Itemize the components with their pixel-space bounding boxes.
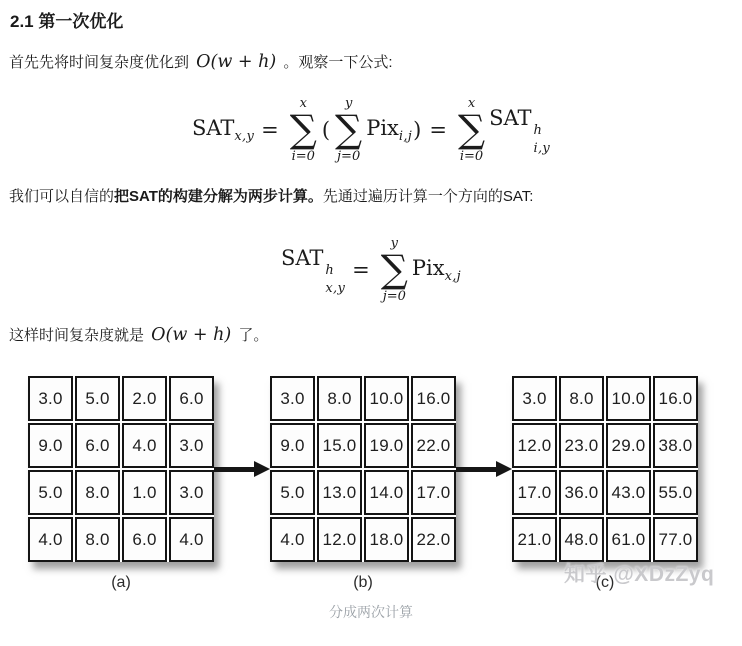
math-term-pix: Pixi,j — [366, 116, 412, 144]
sum-lower-limit: j=0 — [383, 290, 406, 303]
paragraph-conclusion: 这样时间复杂度就是 O(w + h) 了。 — [9, 323, 734, 348]
table-cell: 61.0 — [606, 517, 651, 562]
paragraph-text: 首先先将时间复杂度优化到 — [9, 54, 193, 71]
paragraph-decompose: 我们可以自信的把SAT的构建分解为两步计算。先通过遍历计算一个方向的SAT: — [9, 185, 734, 209]
table-cell: 5.0 — [270, 470, 315, 515]
table-cell: 48.0 — [559, 517, 604, 562]
table-b: 3.08.010.016.09.015.019.022.05.013.014.0… — [270, 376, 456, 592]
sigma-icon: ∑ — [290, 110, 317, 149]
table-cell: 1.0 — [122, 470, 167, 515]
table-cell: 36.0 — [559, 470, 604, 515]
table-cell: 6.0 — [169, 376, 214, 421]
equals-sign: = — [352, 258, 370, 282]
paragraph-text: 我们可以自信的 — [9, 188, 114, 205]
paragraph-intro: 首先先将时间复杂度优化到 O(w + h) 。观察一下公式: — [9, 50, 734, 75]
table-cell: 10.0 — [364, 376, 409, 421]
open-paren: ( — [322, 118, 330, 142]
table-cell: 38.0 — [653, 423, 698, 468]
math-term-pix: Pixx,j — [412, 256, 461, 284]
sum-lower-limit: i=0 — [292, 150, 315, 163]
article-content: 2.1 第一次优化 首先先将时间复杂度优化到 O(w + h) 。观察一下公式:… — [0, 0, 742, 622]
math-text: Pix — [412, 256, 445, 280]
table-cell: 4.0 — [28, 517, 73, 562]
table-b-label: (b) — [353, 574, 373, 592]
sigma-icon: ∑ — [458, 110, 485, 149]
summation-operator: y ∑ j=0 — [335, 97, 362, 162]
table-cell: 16.0 — [653, 376, 698, 421]
grid-c: 3.08.010.016.012.023.029.038.017.036.043… — [512, 376, 698, 562]
grid-b: 3.08.010.016.09.015.019.022.05.013.014.0… — [270, 376, 456, 562]
formula-sat-definition: SATx,y = x ∑ i=0 ( y ∑ j=0 Pixi,j ) = x … — [8, 91, 734, 169]
table-cell: 4.0 — [169, 517, 214, 562]
table-cell: 77.0 — [653, 517, 698, 562]
grid-a: 3.05.02.06.09.06.04.03.05.08.01.03.04.08… — [28, 376, 214, 562]
math-subscript: x,j — [445, 269, 461, 284]
table-cell: 10.0 — [606, 376, 651, 421]
summation-operator: y ∑ j=0 — [381, 237, 408, 302]
table-cell: 8.0 — [75, 517, 120, 562]
table-cell: 18.0 — [364, 517, 409, 562]
table-cell: 21.0 — [512, 517, 557, 562]
arrow-right-icon — [456, 461, 512, 477]
table-cell: 6.0 — [122, 517, 167, 562]
table-cell: 17.0 — [411, 470, 456, 515]
math-term-sat-h: SAThx,y — [281, 246, 345, 295]
math-text: Pix — [366, 116, 399, 140]
zhihu-watermark: 知乎 @XDzZyq — [564, 558, 714, 588]
table-cell: 12.0 — [512, 423, 557, 468]
table-cell: 4.0 — [122, 423, 167, 468]
table-cell: 12.0 — [317, 517, 362, 562]
math-text: SAT — [192, 116, 234, 140]
figure-caption: 分成两次计算 — [8, 602, 734, 622]
table-cell: 3.0 — [28, 376, 73, 421]
equals-sign: = — [261, 118, 279, 142]
table-cell: 43.0 — [606, 470, 651, 515]
section-heading: 2.1 第一次优化 — [10, 10, 734, 34]
bold-emphasis: 把SAT的构建分解为两步计算。 — [114, 188, 323, 205]
math-subscript: i,y — [534, 142, 551, 155]
math-term-sat-h: SAThi,y — [489, 106, 550, 155]
table-cell: 29.0 — [606, 423, 651, 468]
sat-computation-figure: 3.05.02.06.09.06.04.03.05.08.01.03.04.08… — [8, 376, 734, 622]
math-supsub: hx,y — [325, 264, 345, 295]
table-cell: 3.0 — [270, 376, 315, 421]
inline-math-complexity: O(w + h) — [193, 52, 279, 72]
table-cell: 17.0 — [512, 470, 557, 515]
table-cell: 14.0 — [364, 470, 409, 515]
table-cell: 3.0 — [169, 470, 214, 515]
math-superscript: h — [534, 124, 543, 137]
paragraph-text: 了。 — [234, 327, 268, 344]
table-cell: 8.0 — [559, 376, 604, 421]
table-a-label: (a) — [111, 574, 131, 592]
table-cell: 23.0 — [559, 423, 604, 468]
table-cell: 13.0 — [317, 470, 362, 515]
sigma-icon: ∑ — [335, 110, 362, 149]
table-cell: 15.0 — [317, 423, 362, 468]
table-cell: 9.0 — [28, 423, 73, 468]
table-cell: 3.0 — [512, 376, 557, 421]
sum-lower-limit: i=0 — [460, 150, 483, 163]
summation-operator: x ∑ i=0 — [290, 97, 317, 162]
math-term-sat: SATx,y — [192, 116, 254, 144]
arrow-right-icon — [214, 461, 270, 477]
formula-sat-horizontal: SAThx,y = y ∑ j=0 Pixx,j — [8, 233, 734, 307]
math-supsub: hi,y — [534, 124, 551, 155]
paragraph-text: 先通过遍历计算一个方向的SAT: — [323, 188, 534, 205]
table-cell: 22.0 — [411, 517, 456, 562]
table-cell: 55.0 — [653, 470, 698, 515]
table-cell: 9.0 — [270, 423, 315, 468]
table-cell: 6.0 — [75, 423, 120, 468]
sum-lower-limit: j=0 — [337, 150, 360, 163]
table-cell: 2.0 — [122, 376, 167, 421]
summation-operator: x ∑ i=0 — [458, 97, 485, 162]
table-cell: 5.0 — [28, 470, 73, 515]
sigma-icon: ∑ — [381, 250, 408, 289]
math-subscript: x,y — [234, 129, 254, 144]
math-superscript: h — [325, 264, 334, 277]
table-cell: 22.0 — [411, 423, 456, 468]
table-cell: 5.0 — [75, 376, 120, 421]
inline-math-complexity: O(w + h) — [148, 325, 234, 345]
math-text: SAT — [281, 246, 323, 270]
table-cell: 3.0 — [169, 423, 214, 468]
math-subscript: i,j — [399, 129, 412, 144]
table-cell: 19.0 — [364, 423, 409, 468]
table-cell: 16.0 — [411, 376, 456, 421]
close-paren: ) — [413, 118, 421, 142]
math-text: SAT — [489, 106, 531, 130]
math-subscript: x,y — [325, 282, 345, 295]
table-cell: 8.0 — [75, 470, 120, 515]
paragraph-text: 这样时间复杂度就是 — [9, 327, 148, 344]
table-cell: 8.0 — [317, 376, 362, 421]
table-a: 3.05.02.06.09.06.04.03.05.08.01.03.04.08… — [28, 376, 214, 592]
paragraph-text: 。观察一下公式: — [279, 54, 392, 71]
table-cell: 4.0 — [270, 517, 315, 562]
equals-sign: = — [429, 118, 447, 142]
